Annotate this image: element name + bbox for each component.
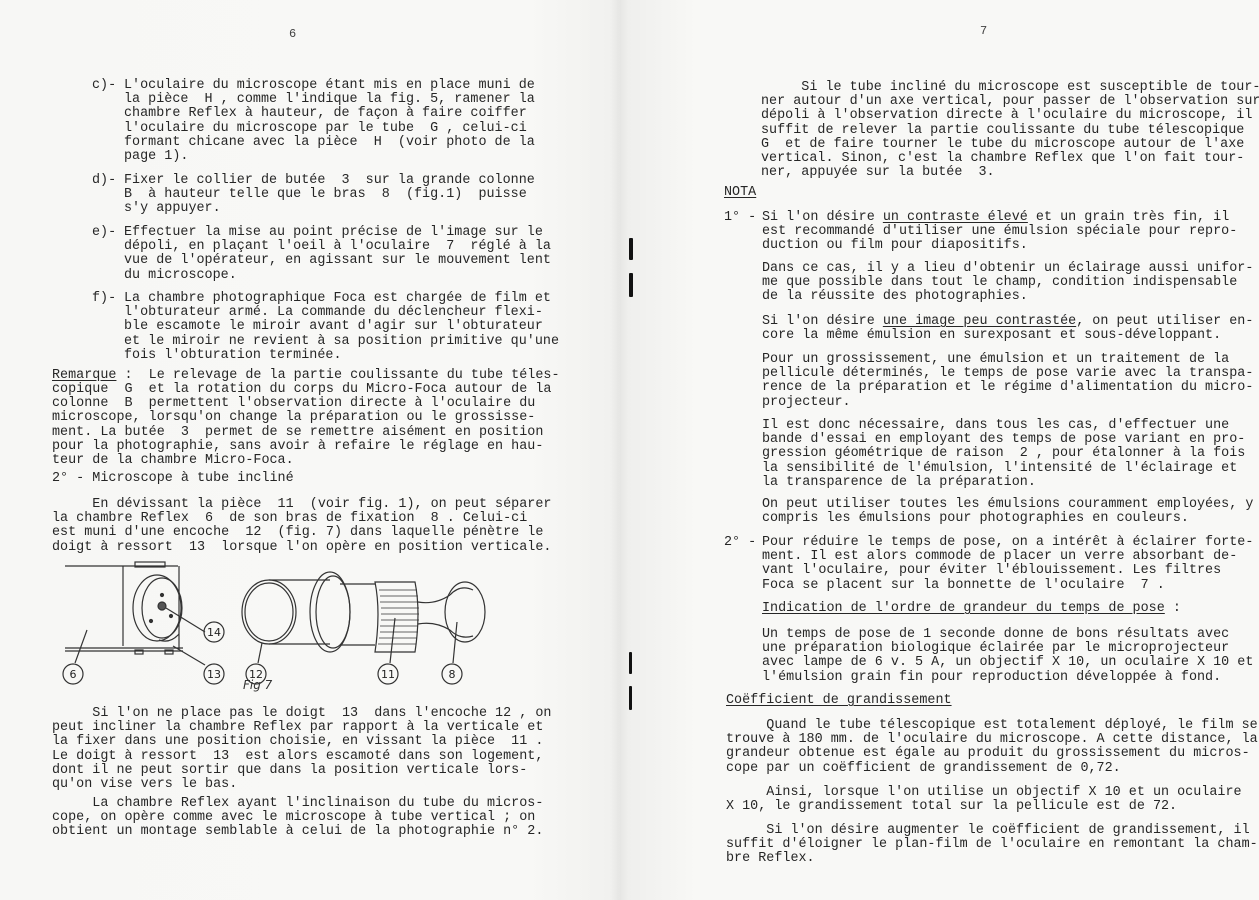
indication-heading-line: Indication de l'ordre de grandeur du tem… <box>762 602 1181 616</box>
peu-contraste-text: core la même émulsion en surexposant et … <box>762 329 1221 343</box>
binding-mark <box>629 652 632 674</box>
paragraph-emulsions: On peut utiliser toutes les émulsions co… <box>762 498 1253 526</box>
binding-mark <box>629 686 632 710</box>
item-c-label: c)- <box>92 79 116 93</box>
item-f-label: f)- <box>92 292 116 306</box>
paragraph-ainsi: Ainsi, lorsque l'on utilise un objectif … <box>726 786 1242 814</box>
binding-mark <box>629 238 633 260</box>
indication-heading: Indication de l'ordre de grandeur du tem… <box>762 601 1165 616</box>
item-d-text: Fixer le collier de butée 3 sur la grand… <box>124 174 535 217</box>
page-gutter <box>610 0 628 900</box>
paragraph-tube-incline: Si le tube incliné du microscope est sus… <box>761 81 1259 180</box>
document-spread: 6 c)- L'oculaire du microscope étant mis… <box>0 0 1259 900</box>
section-2-heading: 2° - Microscope à tube incliné <box>52 472 294 486</box>
paragraph-dans-ce-cas: Dans ce cas, il y a lieu d'obtenir un éc… <box>762 262 1253 305</box>
paragraph-temps-de-pose: Un temps de pose de 1 seconde donne de b… <box>762 628 1253 685</box>
item-e-text: Effectuer la mise au point précise de l'… <box>124 226 551 283</box>
paragraph-devissant: En dévissant la pièce 11 (voir fig. 1), … <box>52 498 551 555</box>
nota-1-label: 1° - <box>724 211 756 225</box>
nota-heading: NOTA <box>724 186 756 200</box>
figure-caption: Fig 7 <box>243 678 272 692</box>
callout-8: 8 <box>449 668 456 681</box>
remarque-text: copique G et la rotation du corps du Mic… <box>52 383 551 468</box>
nota-2-label: 2° - <box>724 536 756 550</box>
item-d-label: d)- <box>92 174 116 188</box>
remarque-label: Remarque <box>52 368 116 383</box>
paragraph-necessaire: Il est donc nécessaire, dans tous les ca… <box>762 419 1245 490</box>
figure-7-drawing: 6 13 14 12 11 8 <box>55 560 505 700</box>
paragraph-doigt: Si l'on ne place pas le doigt 13 dans l'… <box>52 707 551 792</box>
binding-mark <box>629 273 633 297</box>
paragraph-quand: Quand le tube télescopique est totalemen… <box>726 719 1258 776</box>
callout-6: 6 <box>70 668 77 681</box>
item-c-text: L'oculaire du microscope étant mis en pl… <box>124 79 535 164</box>
item-e-label: e)- <box>92 226 116 240</box>
emphasis-image-peu-contrastee: une image peu contrastée <box>883 314 1076 329</box>
page-number-left: 6 <box>289 27 296 41</box>
callout-11: 11 <box>381 668 395 681</box>
callout-13: 13 <box>207 668 221 681</box>
paragraph-grossissement: Pour un grossissement, une émulsion et u… <box>762 353 1253 410</box>
paragraph-augmenter: Si l'on désire augmenter le coëfficient … <box>726 824 1258 867</box>
item-f-text: La chambre photographique Foca est charg… <box>124 292 559 363</box>
nota-2-text: Pour réduire le temps de pose, on a inté… <box>762 536 1253 593</box>
coefficient-heading: Coëfficient de grandissement <box>726 694 952 708</box>
emphasis-contraste-eleve: un contraste élevé <box>883 210 1028 225</box>
callout-14: 14 <box>207 626 221 639</box>
page-number-right: 7 <box>980 24 987 38</box>
nota-1-text: est recommandé d'utiliser une émulsion s… <box>762 225 1237 253</box>
paragraph-inclinaison: La chambre Reflex ayant l'inclinaison du… <box>52 797 543 840</box>
